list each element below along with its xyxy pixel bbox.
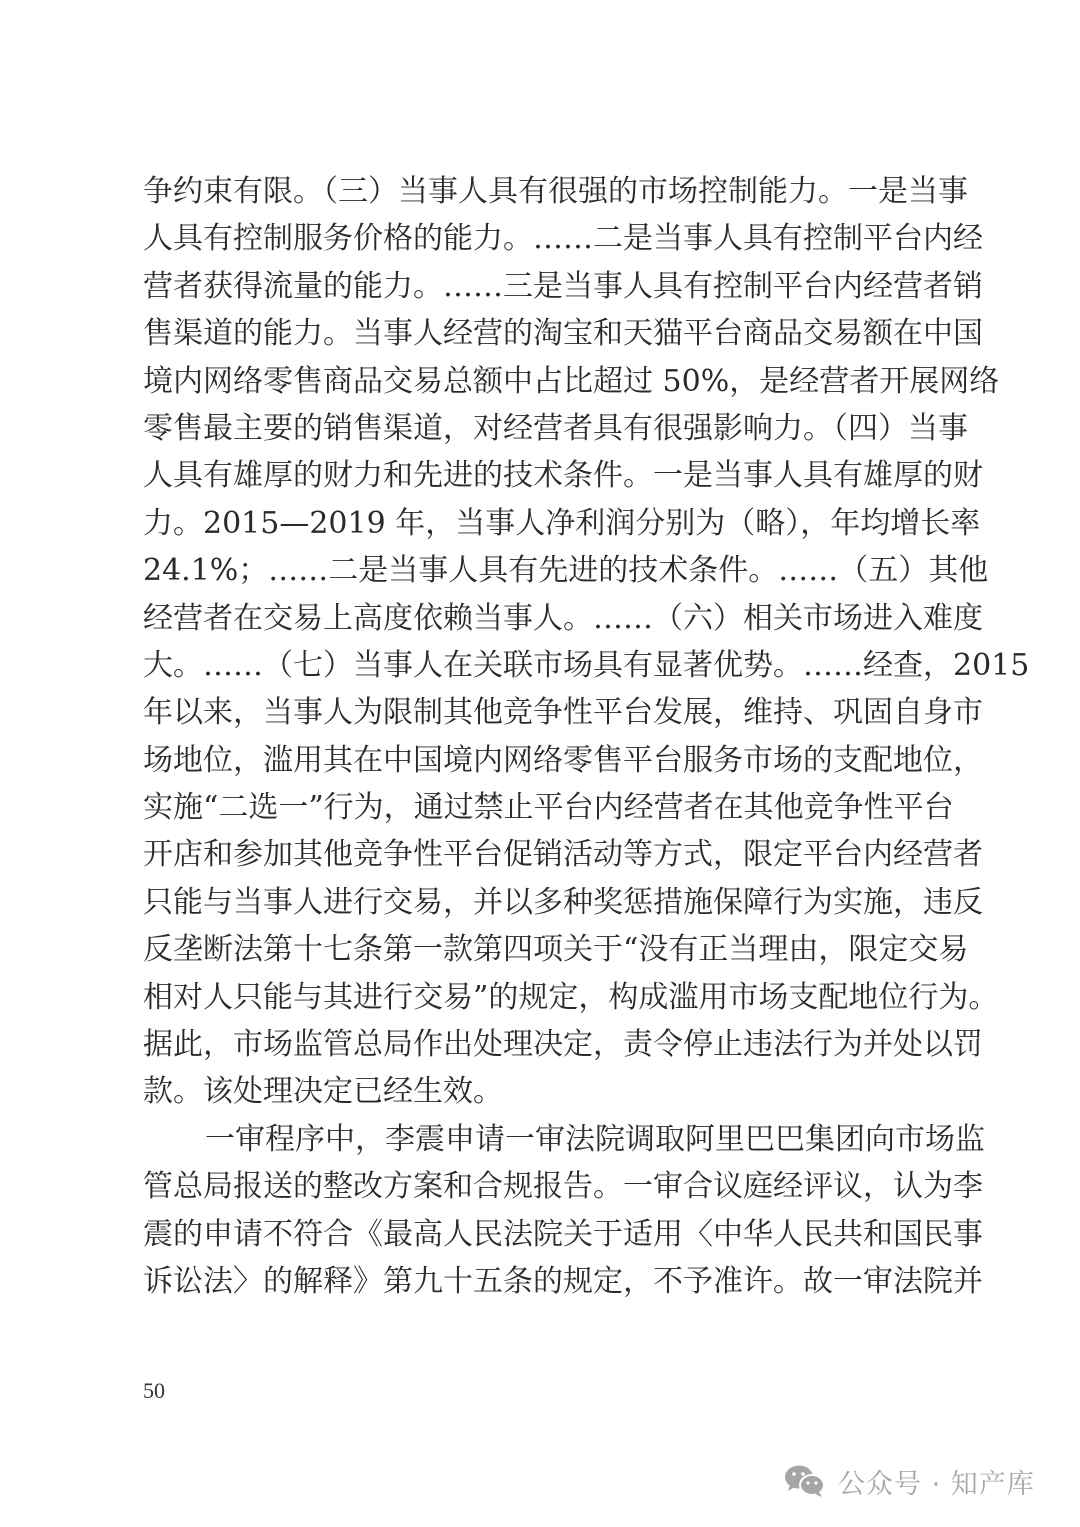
text-line: 经营者在交易上高度依赖当事人。……（六）相关市场进入难度 — [143, 595, 946, 642]
text-line: 力。2015—2019 年，当事人净利润分别为（略），年均增长率 — [143, 500, 946, 547]
text-line: 相对人只能与其进行交易”的规定，构成滥用市场支配地位行为。 — [143, 974, 946, 1021]
watermark-text: 公众号 · 知产库 — [838, 1462, 1035, 1501]
paragraph-start-line: 一审程序中，李震申请一审法院调取阿里巴巴集团向市场监 — [143, 1116, 946, 1163]
text-line: 争约束有限。（三）当事人具有很强的市场控制能力。一是当事 — [143, 168, 946, 215]
text-line: 震的申请不符合《最高人民法院关于适用〈中华人民共和国民事 — [143, 1211, 946, 1258]
text-line: 售渠道的能力。当事人经营的淘宝和天猫平台商品交易额在中国 — [143, 310, 946, 357]
text-line: 反垄断法第十七条第一款第四项关于“没有正当理由，限定交易 — [143, 926, 946, 973]
text-line: 年以来，当事人为限制其他竞争性平台发展，维持、巩固自身市 — [143, 689, 946, 736]
text-line: 大。……（七）当事人在关联市场具有显著优势。……经查，2015 — [143, 642, 946, 689]
text-line: 诉讼法〉的解释》第九十五条的规定，不予准许。故一审法院并 — [143, 1258, 946, 1305]
text-line: 零售最主要的销售渠道，对经营者具有很强影响力。（四）当事 — [143, 405, 946, 452]
text-line: 只能与当事人进行交易，并以多种奖惩措施保障行为实施，违反 — [143, 879, 946, 926]
wechat-icon — [784, 1464, 826, 1498]
text-line: 人具有控制服务价格的能力。……二是当事人具有控制平台内经 — [143, 215, 946, 262]
text-line: 24.1%；……二是当事人具有先进的技术条件。……（五）其他 — [143, 547, 946, 594]
text-line: 开店和参加其他竞争性平台促销活动等方式，限定平台内经营者 — [143, 831, 946, 878]
paragraph-end-line: 款。该处理决定已经生效。 — [143, 1068, 946, 1115]
text-line: 实施“二选一”行为，通过禁止平台内经营者在其他竞争性平台 — [143, 784, 946, 831]
document-body: 争约束有限。（三）当事人具有很强的市场控制能力。一是当事 人具有控制服务价格的能… — [143, 168, 946, 1305]
text-line: 人具有雄厚的财力和先进的技术条件。一是当事人具有雄厚的财 — [143, 452, 946, 499]
text-line: 营者获得流量的能力。……三是当事人具有控制平台内经营者销 — [143, 263, 946, 310]
text-line: 境内网络零售商品交易总额中占比超过 50%，是经营者开展网络 — [143, 358, 946, 405]
text-line: 管总局报送的整改方案和合规报告。一审合议庭经评议，认为李 — [143, 1163, 946, 1210]
watermark: 公众号 · 知产库 — [784, 1463, 1035, 1499]
document-page: 争约束有限。（三）当事人具有很强的市场控制能力。一是当事 人具有控制服务价格的能… — [0, 0, 1080, 1527]
text-line: 据此，市场监管总局作出处理决定，责令停止违法行为并处以罚 — [143, 1021, 946, 1068]
page-number: 50 — [143, 1378, 165, 1404]
text-line: 场地位，滥用其在中国境内网络零售平台服务市场的支配地位， — [143, 737, 946, 784]
